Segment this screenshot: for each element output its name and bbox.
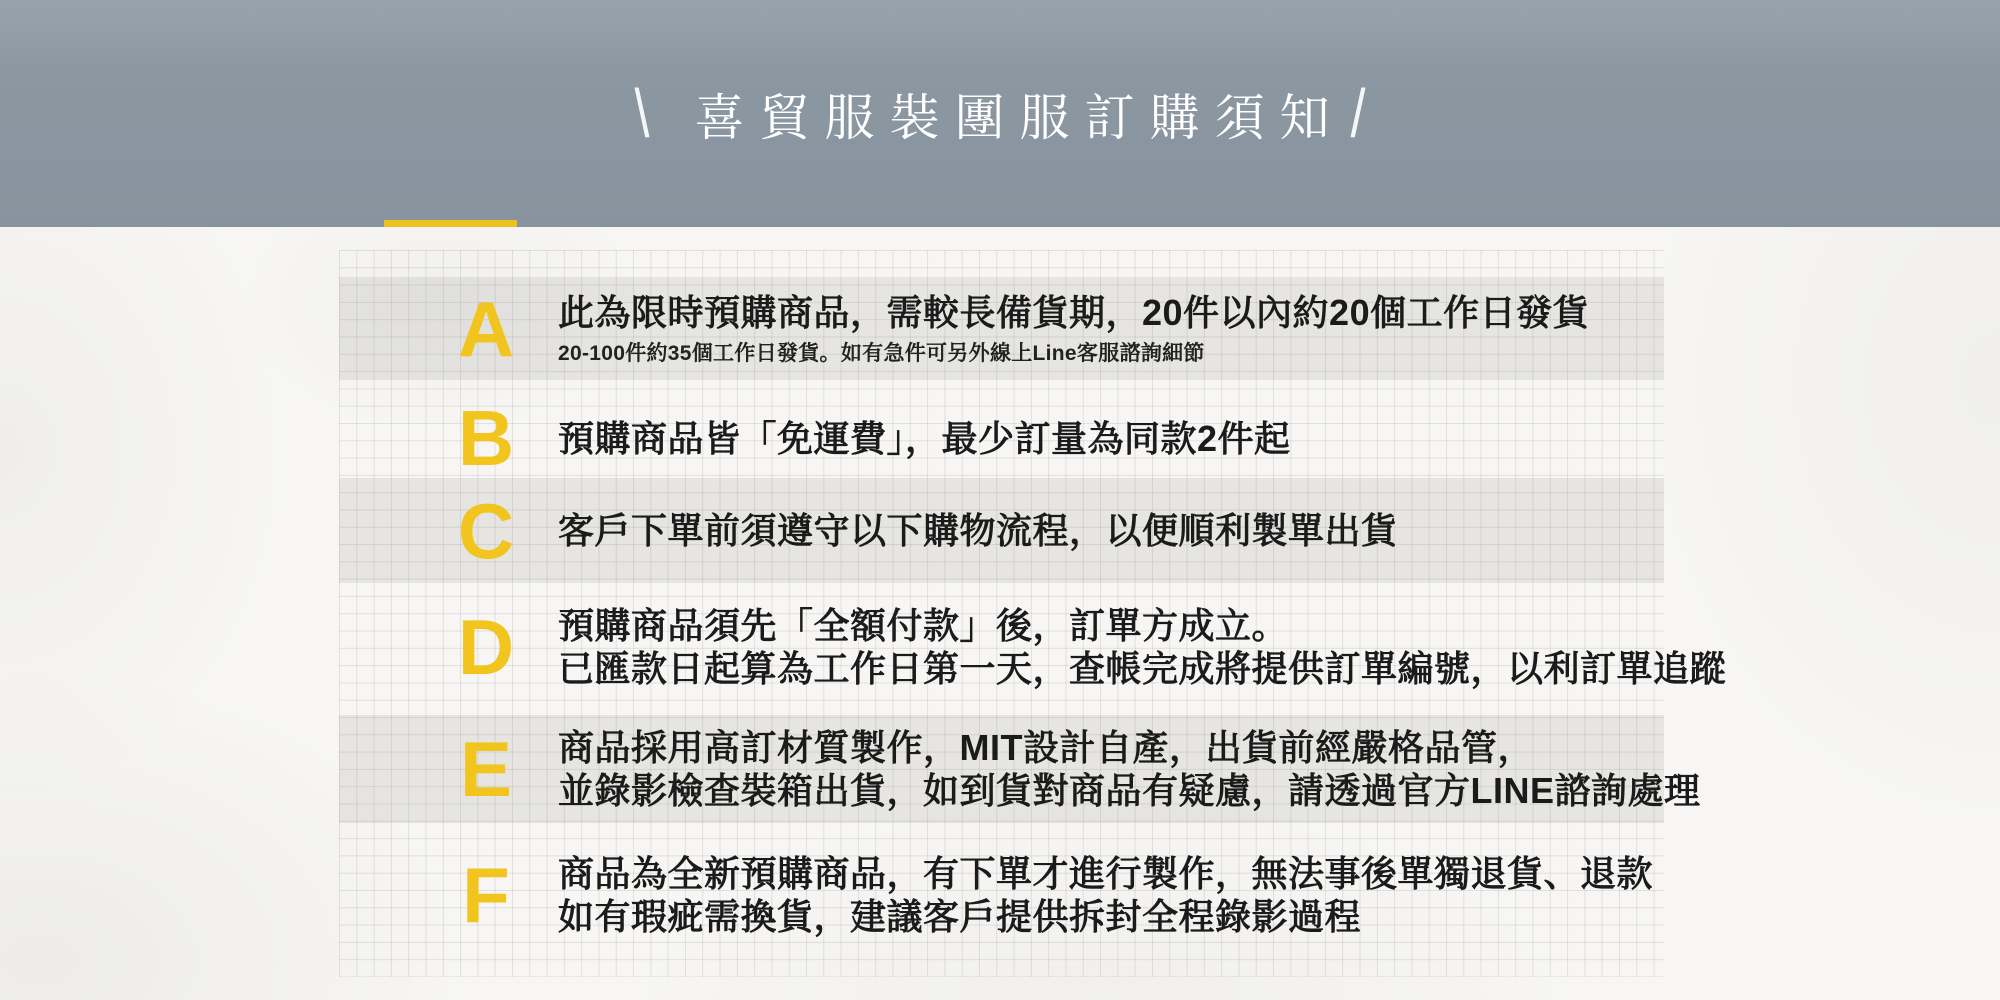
item-text-line: 商品採用高訂材質製作，MIT設計自產，出貨前經嚴格品管， xyxy=(558,726,1701,769)
item-letter: B xyxy=(440,399,532,477)
list-item: A此為限時預購商品，需較長備貨期，20件以內約20個工作日發貨20-100件約3… xyxy=(440,277,1589,380)
item-text-line: 已匯款日起算為工作日第一天，查帳完成將提供訂單編號，以利訂單追蹤 xyxy=(558,647,1726,690)
list-item: D預購商品須先「全額付款」後，訂單方成立。已匯款日起算為工作日第一天，查帳完成將… xyxy=(440,595,1726,699)
page-title: \ 喜貿服裝團服訂購須知 / xyxy=(634,78,1365,150)
item-text-line: 商品為全新預購商品，有下單才進行製作，無法事後單獨退貨、退款 xyxy=(558,852,1653,895)
item-text-block: 預購商品皆「免運費」，最少訂量為同款2件起 xyxy=(558,417,1291,460)
item-text-line: 預購商品皆「免運費」，最少訂量為同款2件起 xyxy=(558,417,1291,460)
item-text-block: 客戶下單前須遵守以下購物流程，以便順利製單出貨 xyxy=(558,509,1398,552)
item-letter: F xyxy=(440,856,532,934)
page-title-text: 喜貿服裝團服訂購須知 xyxy=(680,78,1345,150)
item-note: 20-100件約35個工作日發貨。如有急件可另外線上Line客服諮詢細節 xyxy=(558,341,1589,366)
item-letter: A xyxy=(440,290,532,368)
item-letter: C xyxy=(440,492,532,570)
header-banner: \ 喜貿服裝團服訂購須知 / xyxy=(0,0,2000,227)
backslash-decoration-icon: \ xyxy=(634,75,649,153)
list-item: F商品為全新預購商品，有下單才進行製作，無法事後單獨退貨、退款如有瑕疵需換貨，建… xyxy=(440,843,1653,947)
item-letter: D xyxy=(440,608,532,686)
item-text-block: 商品為全新預購商品，有下單才進行製作，無法事後單獨退貨、退款如有瑕疵需換貨，建議… xyxy=(558,852,1653,938)
notice-poster: \ 喜貿服裝團服訂購須知 / A此為限時預購商品，需較長備貨期，20件以內約20… xyxy=(0,0,2000,1000)
item-text-block: 預購商品須先「全額付款」後，訂單方成立。已匯款日起算為工作日第一天，查帳完成將提… xyxy=(558,604,1726,690)
item-text-line: 此為限時預購商品，需較長備貨期，20件以內約20個工作日發貨 xyxy=(558,291,1589,334)
item-letter: E xyxy=(440,730,532,808)
item-text-block: 商品採用高訂材質製作，MIT設計自產，出貨前經嚴格品管，並錄影檢查裝箱出貨，如到… xyxy=(558,726,1701,812)
accent-dash xyxy=(384,220,517,227)
item-text-line: 並錄影檢查裝箱出貨，如到貨對商品有疑慮，請透過官方LINE諮詢處理 xyxy=(558,769,1701,812)
item-text-line: 預購商品須先「全額付款」後，訂單方成立。 xyxy=(558,604,1726,647)
list-item: E商品採用高訂材質製作，MIT設計自產，出貨前經嚴格品管，並錄影檢查裝箱出貨，如… xyxy=(440,715,1701,823)
list-item: B預購商品皆「免運費」，最少訂量為同款2件起 xyxy=(440,388,1291,488)
list-item: C客戶下單前須遵守以下購物流程，以便順利製單出貨 xyxy=(440,478,1398,583)
slash-decoration-icon: / xyxy=(1351,75,1366,153)
item-text-line: 如有瑕疵需換貨，建議客戶提供拆封全程錄影過程 xyxy=(558,895,1653,938)
item-text-block: 此為限時預購商品，需較長備貨期，20件以內約20個工作日發貨20-100件約35… xyxy=(558,291,1589,366)
item-text-line: 客戶下單前須遵守以下購物流程，以便順利製單出貨 xyxy=(558,509,1398,552)
